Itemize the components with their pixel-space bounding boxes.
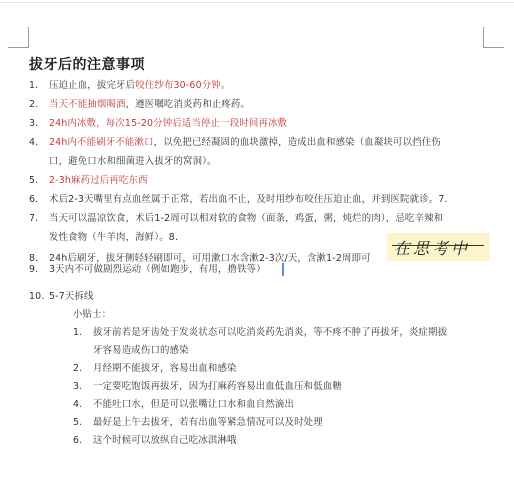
list-item-text: 一定要吃饱饭再拔牙，因为打麻药容易出血低血压和低血糖 xyxy=(93,381,342,393)
list-number: 6. xyxy=(29,194,38,206)
list-item-text: 24h内不能刷牙不能漱口，以免把已经凝固的血块激掉，造成出血和感染（血凝块可以挡… xyxy=(49,137,441,149)
list-number: 9. xyxy=(29,264,38,276)
margin-corner-top-left xyxy=(8,27,29,48)
list-item-text: 当天可以温凉饮食，术后1-2周可以相对软的食物（面条，鸡蛋，粥，炖烂的肉），忌吃… xyxy=(49,213,443,225)
list-number: 1. xyxy=(73,327,82,339)
list-item-text: 拔牙前若是牙齿处于发炎状态可以吃消炎药先消炎，等不疼不肿了再拔牙，炎症期拔 xyxy=(93,327,447,339)
list-item-text: 压迫止血，拔完牙后咬住纱布30-60分钟。 xyxy=(49,80,230,92)
text-segment: ，以免把已经凝固的血块激掉，造成出血和感染（血凝块可以挡住伤 xyxy=(154,137,441,148)
list-number: 4. xyxy=(73,399,82,411)
list-number: 1. xyxy=(29,80,38,92)
list-number: 5. xyxy=(29,175,38,187)
list-item-text: 不能吐口水，但是可以张嘴让口水和血自然滴出 xyxy=(93,399,294,411)
highlighted-text-segment: 当天不能抽烟喝酒 xyxy=(49,99,126,110)
highlighted-text-segment: 咬住纱布30-60分钟。 xyxy=(135,80,230,91)
list-number: 2. xyxy=(73,363,82,375)
page-top-border xyxy=(0,2,514,3)
list-item-text: 术后2-3天嘴里有点血丝属于正常，若出血不止，及时用纱布咬住压迫止血，并到医院就… xyxy=(49,194,448,206)
highlighted-text-segment: 24h内不能刷牙不能漱口 xyxy=(49,137,154,148)
list-number: 2. xyxy=(29,99,38,111)
list-number: 5. xyxy=(73,417,82,429)
list-item-text: 3天内不可做剧烈运动（例如跑步，有用，撸铁等） xyxy=(49,264,266,276)
text-segment: ，遵医嘱吃消炎药和止疼药。 xyxy=(126,99,250,110)
list-number: 6. xyxy=(73,435,82,447)
list-number: 3. xyxy=(73,381,82,393)
text-segment: 压迫止血，拔完牙后 xyxy=(49,80,135,91)
tips-heading: 小贴士： xyxy=(73,309,111,321)
list-item-text: 当天不能抽烟喝酒，遵医嘱吃消炎药和止疼药。 xyxy=(49,99,250,111)
list-number: 3. xyxy=(29,118,38,130)
handwriting-strikethrough xyxy=(392,245,484,246)
document-title: 拔牙后的注意事项 xyxy=(29,54,145,74)
handwritten-annotation[interactable]: 在思考中 xyxy=(394,236,470,259)
list-item-text: 这个时候可以放纵自己吃冰淇淋哦 xyxy=(93,435,237,447)
list-number: 4. xyxy=(29,137,38,149)
margin-corner-top-right xyxy=(483,27,504,48)
highlighted-text-segment: 2-3h麻药过后再吃东西 xyxy=(49,175,148,187)
text-cursor xyxy=(282,263,284,276)
list-item-4-continuation: 口，避免口水和细菌进入拔牙的窝洞）。 xyxy=(49,156,217,168)
list-item-text: 最好是上午去拔牙，若有出血等紧急情况可以及时处理 xyxy=(93,417,323,429)
list-item-text: 5-7天拆线 xyxy=(49,291,94,303)
list-number: 7. xyxy=(29,213,38,225)
list-item-text: 月经期不能拔牙，容易出血和感染 xyxy=(93,363,237,375)
tip-item-1-continuation: 牙容易造成伤口的感染 xyxy=(93,345,189,357)
list-number: 10. xyxy=(29,291,45,303)
highlighted-text-segment: 24h内冰敷，每次15-20分钟后适当停止一段时间再冰敷 xyxy=(49,118,287,130)
list-item-7-continuation: 发性食物（牛羊肉，海鲜）。8. xyxy=(49,232,178,244)
